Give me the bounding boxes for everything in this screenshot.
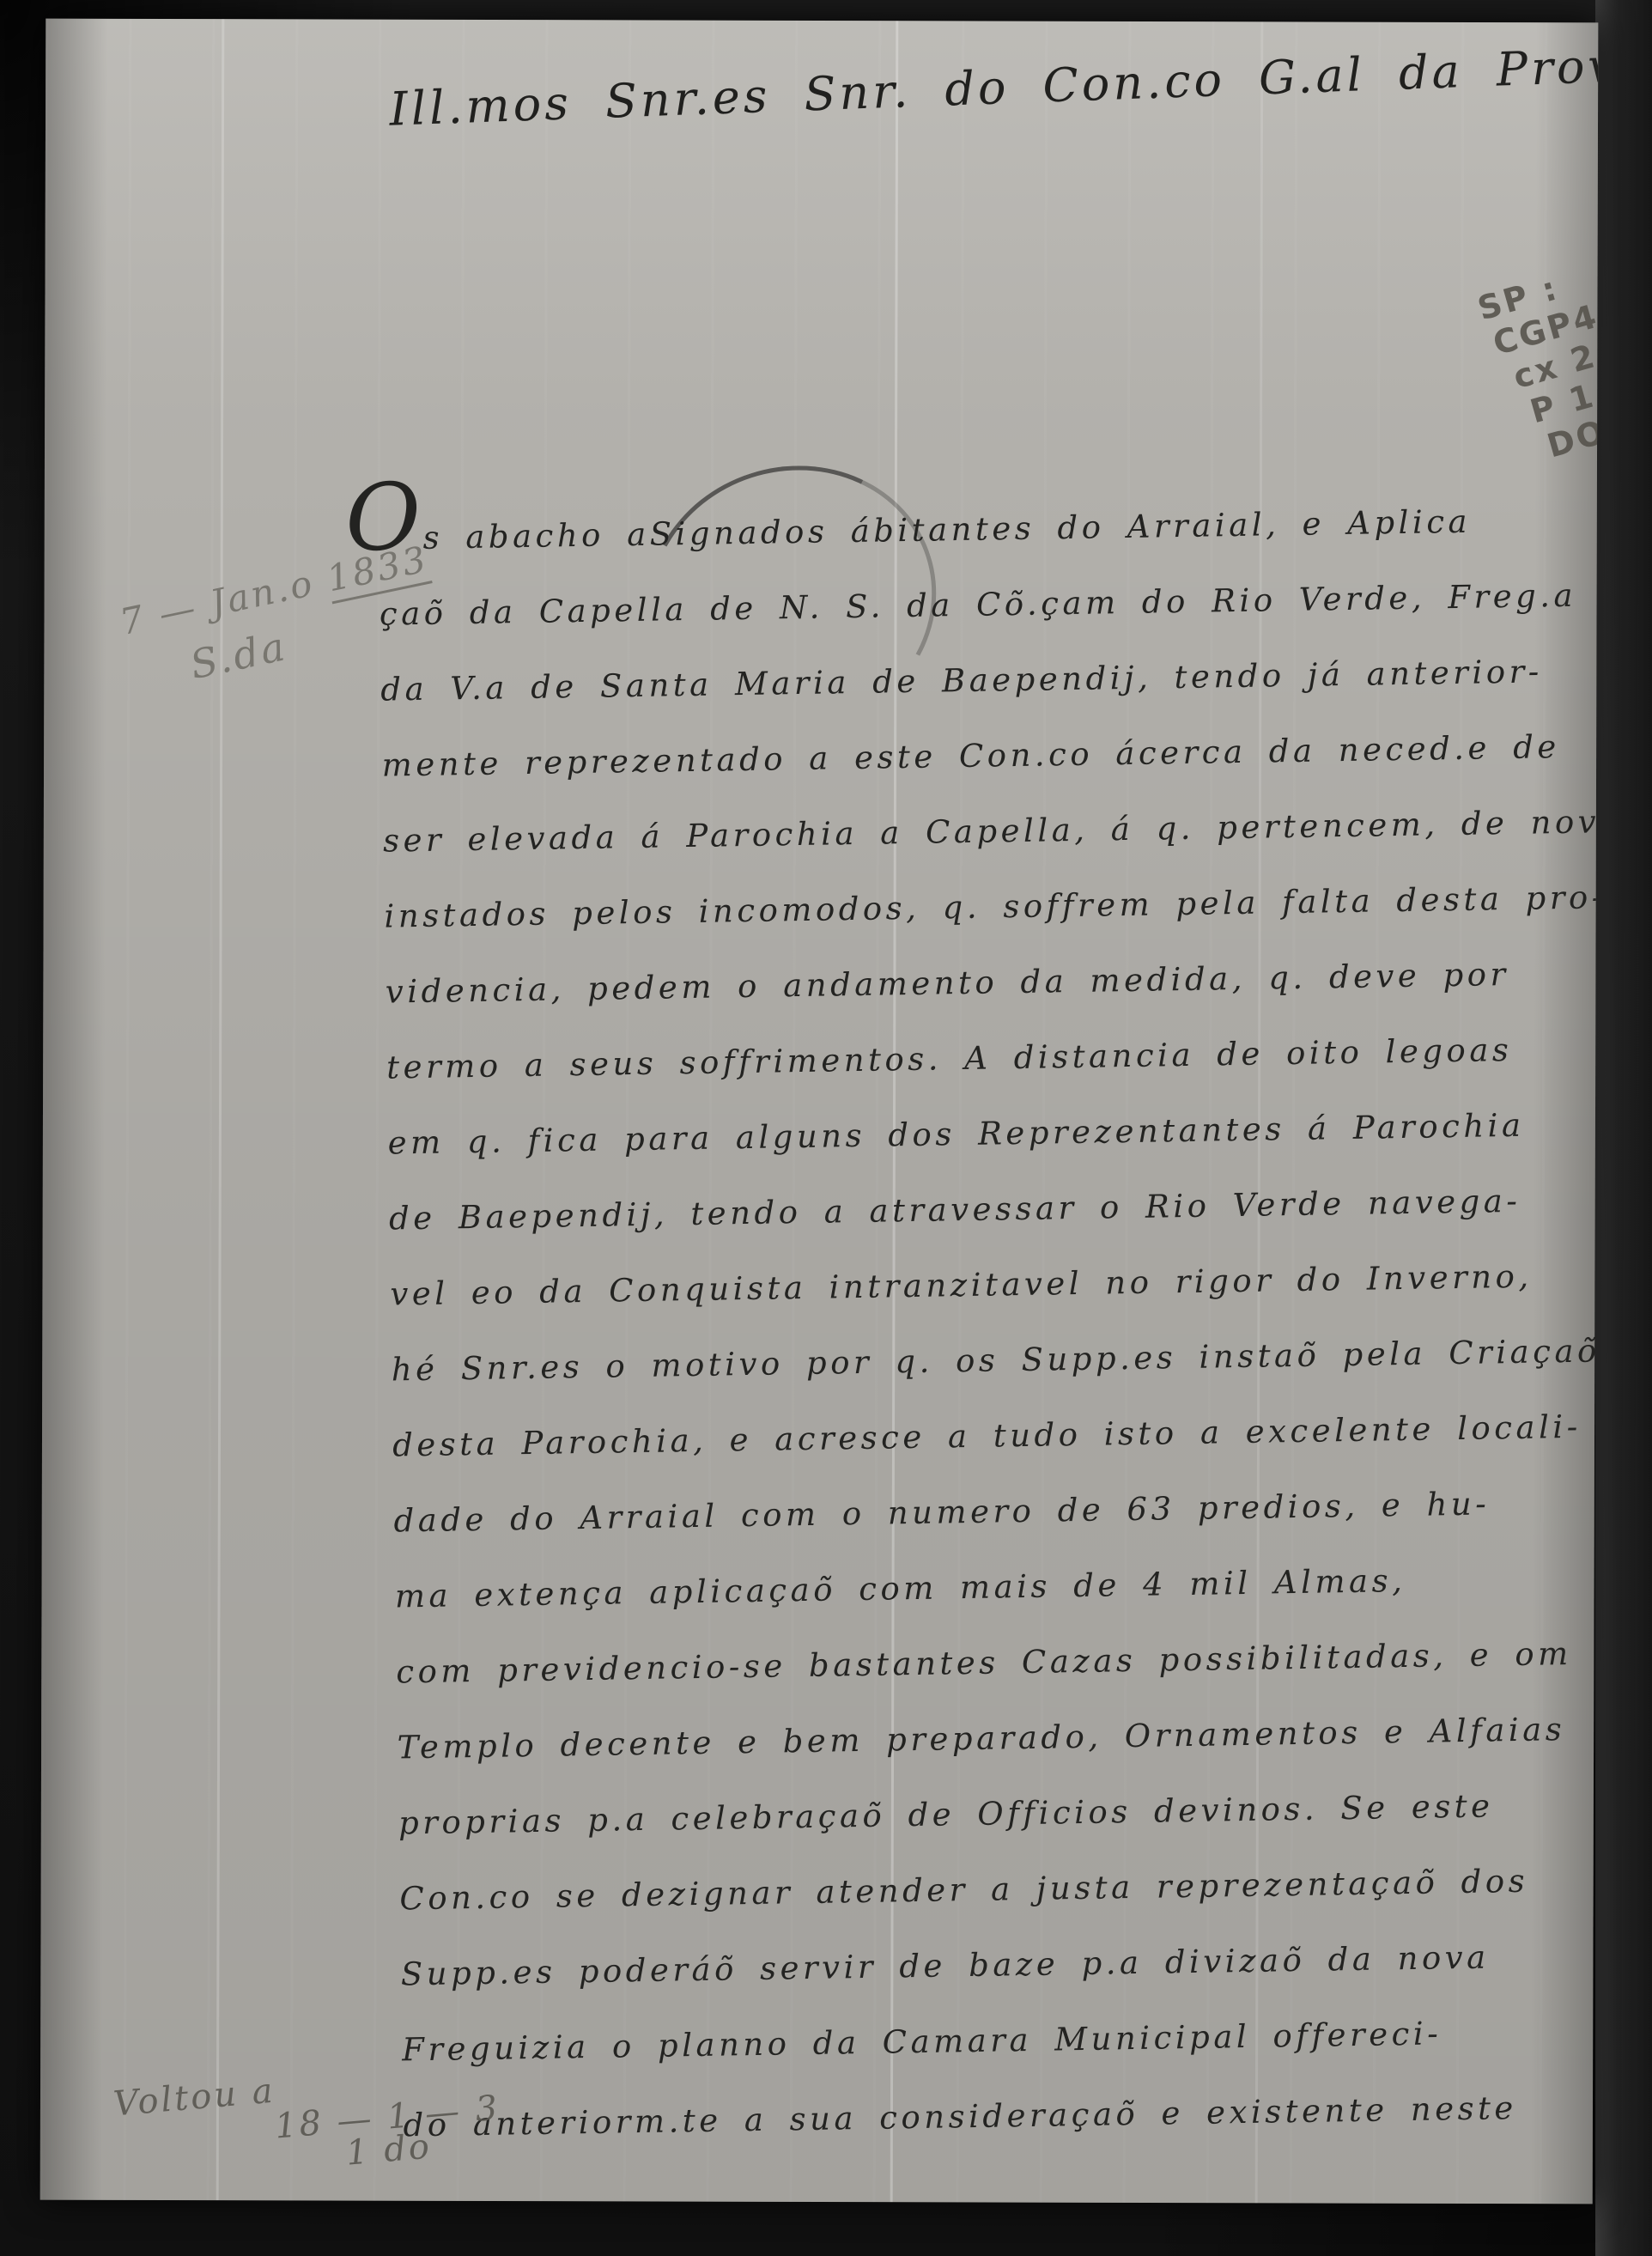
returned-date-note: Voltou a 18 — 1 — 3 1 do	[112, 2052, 504, 2192]
paper-fold-streak	[216, 19, 225, 2200]
scanned-photograph: Ill.mos Snr.es Snr. do Con.co G.al da Pr…	[0, 0, 1652, 2256]
document-salutation-heading: Ill.mos Snr.es Snr. do Con.co G.al da Pr…	[388, 48, 1334, 136]
archival-reference-marks: SP :CGP4cx 2P 1DOC 17	[1473, 242, 1598, 473]
scan-edge-shadow	[1595, 0, 1652, 2256]
manuscript-paper: Ill.mos Snr.es Snr. do Con.co G.al da Pr…	[40, 19, 1599, 2204]
manuscript-body-text: Os abacho aSignados ábitantes do Arraial…	[378, 481, 1598, 2164]
returned-note-line1: Voltou a	[112, 2071, 276, 2125]
